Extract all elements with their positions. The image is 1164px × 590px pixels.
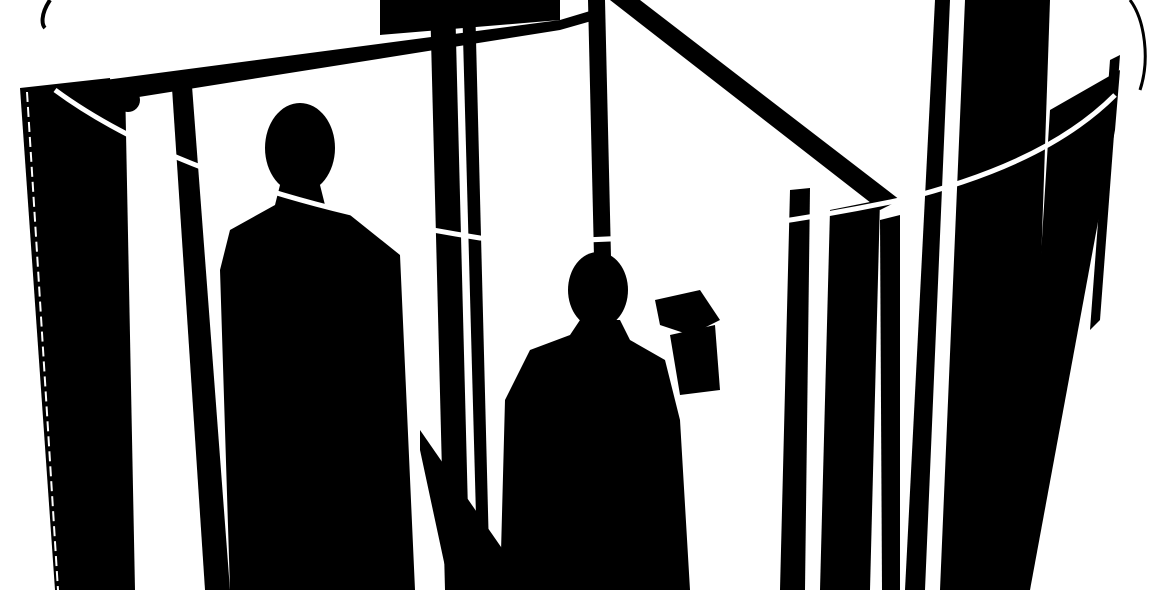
photo-canvas — [0, 0, 1164, 590]
revolving-door-photo — [0, 0, 1164, 590]
